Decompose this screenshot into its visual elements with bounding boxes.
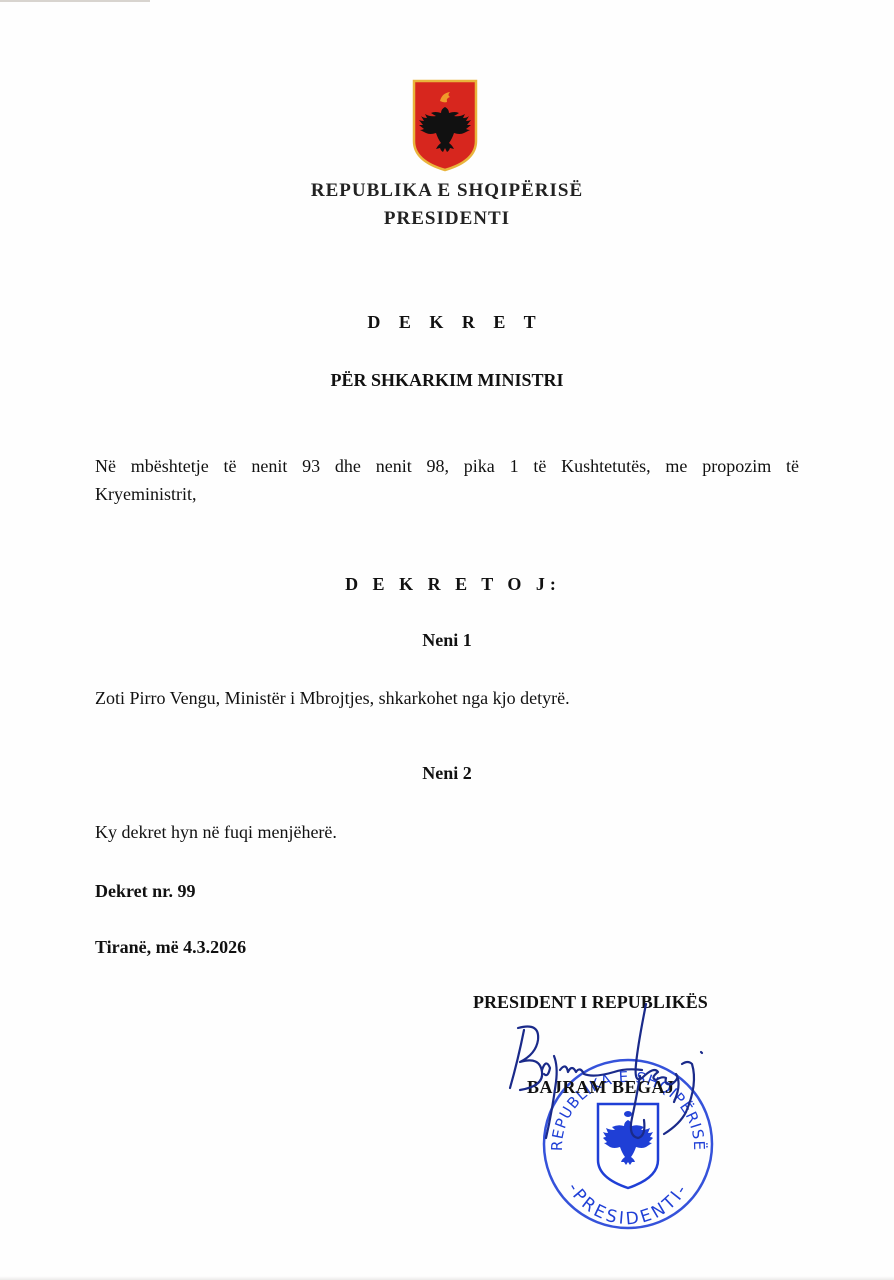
scan-edge-top (0, 0, 150, 2)
preamble-line-1: Në mbështetje të nenit 93 dhe nenit 98, … (95, 452, 799, 480)
preamble-line-2: Kryeministrit, (95, 484, 197, 504)
header-office: PRESIDENTI (0, 208, 894, 230)
scan-edge-bottom (0, 1276, 894, 1280)
document-subject: PËR SHKARKIM MINISTRI (0, 370, 894, 391)
header-republic: REPUBLIKA E SHQIPËRISË (0, 180, 894, 202)
albania-coat-of-arms-icon (412, 79, 478, 172)
preamble-paragraph: Në mbështetje të nenit 93 dhe nenit 98, … (95, 452, 799, 508)
place-and-date: Tiranë, më 4.3.2026 (95, 937, 246, 958)
signature-icon (496, 1000, 726, 1160)
decree-heading: D E K R E T O J: (0, 574, 894, 595)
document-title: D E K R E T (0, 312, 894, 333)
article-2-text: Ky dekret hyn në fuqi menjëherë. (95, 818, 799, 846)
article-1-heading: Neni 1 (0, 630, 894, 651)
decree-number: Dekret nr. 99 (95, 881, 196, 902)
article-1-text: Zoti Pirro Vengu, Ministër i Mbrojtjes, … (95, 684, 799, 712)
article-2-heading: Neni 2 (0, 763, 894, 784)
decree-page: REPUBLIKA E SHQIPËRISË PRESIDENTI D E K … (0, 0, 894, 1280)
